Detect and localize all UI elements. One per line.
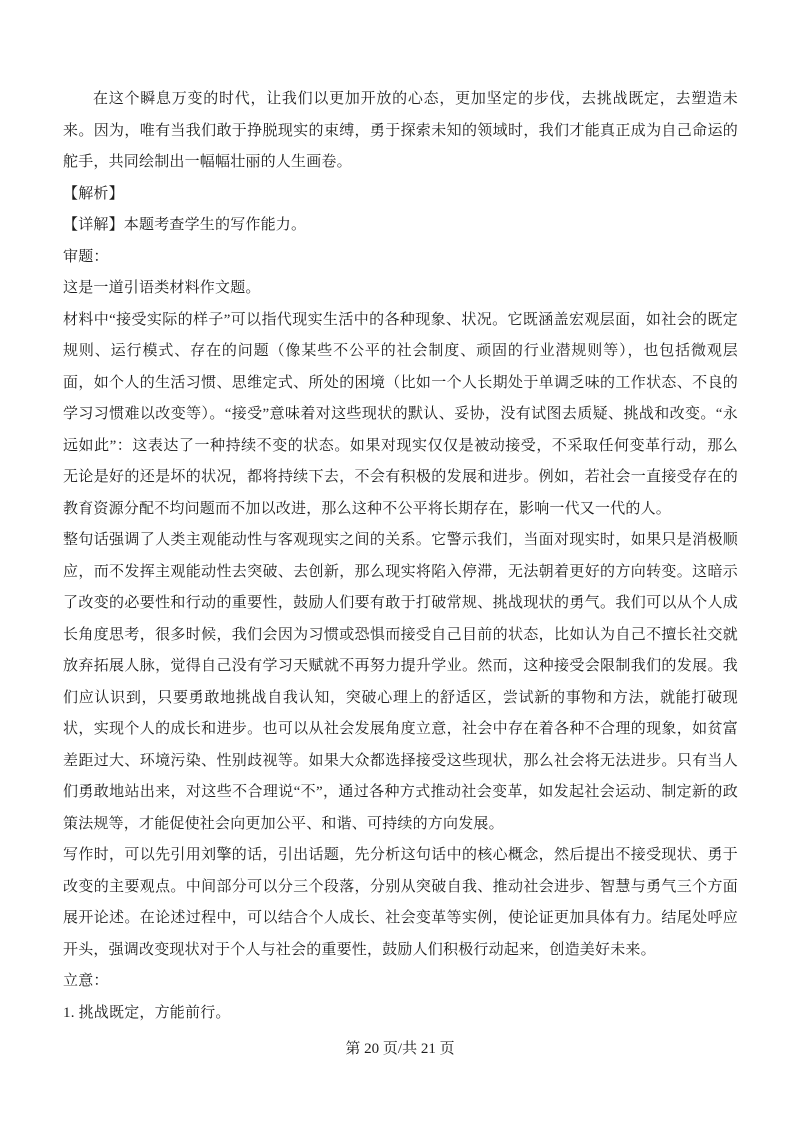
essay-conclusion-paragraph: 在这个瞬息万变的时代，让我们以更加开放的心态，更加坚定的步伐，去挑战既定，去塑造… — [63, 84, 738, 179]
thesis-idea-item-1: 1. 挑战既定，方能前行。 — [63, 998, 738, 1030]
document-body: 在这个瞬息万变的时代，让我们以更加开放的心态，更加坚定的步伐，去挑战既定，去塑造… — [0, 0, 800, 1029]
material-analysis-paragraph: 材料中“接受实际的样子”可以指代现实生活中的各种现象、状况。它既涵盖宏观层面，如… — [63, 305, 738, 526]
detailed-explanation-line: 【详解】本题考查学生的写作能力。 — [63, 210, 738, 242]
topic-review-heading: 审题： — [63, 242, 738, 274]
document-page: 在这个瞬息万变的时代，让我们以更加开放的心态，更加坚定的步伐，去挑战既定，去塑造… — [0, 0, 800, 1132]
writing-guidance-paragraph: 写作时，可以先引用刘擎的话，引出话题，先分析这句话中的核心概念，然后提出不接受现… — [63, 840, 738, 966]
thesis-ideas-heading: 立意： — [63, 966, 738, 998]
sentence-interpretation-paragraph: 整句话强调了人类主观能动性与客观现实之间的关系。它警示我们，当面对现实时，如果只… — [63, 525, 738, 840]
page-number-footer: 第 20 页/共 21 页 — [0, 1038, 800, 1060]
prompt-type-line: 这是一道引语类材料作文题。 — [63, 273, 738, 305]
analysis-section-label: 【解析】 — [63, 179, 738, 211]
